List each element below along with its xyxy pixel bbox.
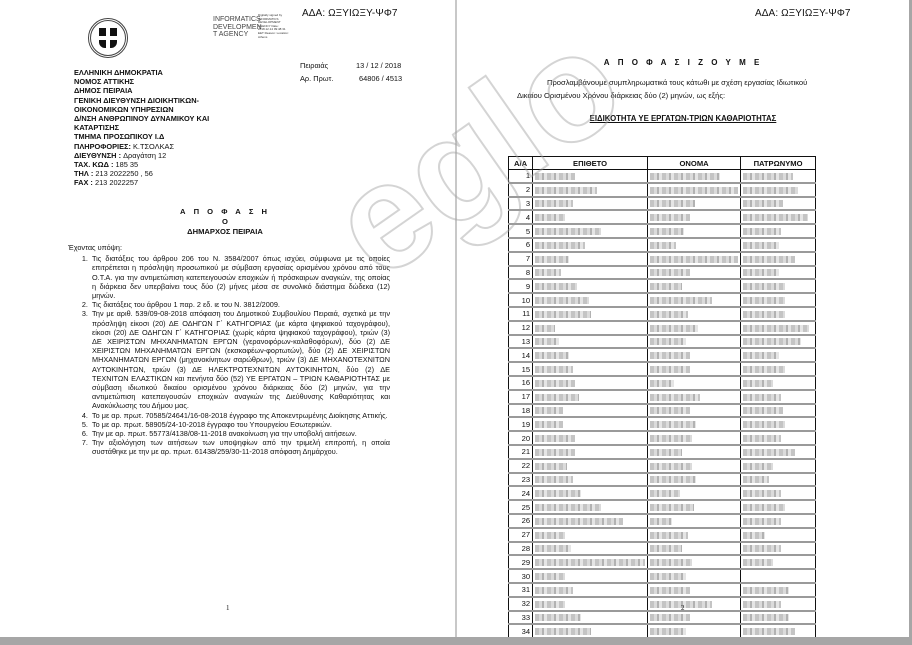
surname-cell [533, 417, 648, 431]
redacted-text [535, 449, 575, 456]
name-cell [648, 321, 741, 335]
row-number: 2 [509, 183, 533, 197]
consideration-item: Τις διατάξεις του άρθρου 1 παρ. 2 εδ. ιε… [90, 300, 390, 309]
contact-label: FAX : [74, 178, 93, 187]
redacted-text [743, 380, 773, 387]
redacted-text [650, 435, 692, 442]
surname-cell [533, 293, 648, 307]
row-number: 14 [509, 348, 533, 362]
father-name-cell [741, 514, 816, 528]
surname-cell [533, 210, 648, 224]
row-number: 34 [509, 624, 533, 637]
table-row: 20 [509, 431, 816, 445]
redacted-text [743, 614, 789, 621]
redacted-text [535, 214, 565, 221]
name-cell [648, 431, 741, 445]
contact-value: Δραγάτση 12 [123, 151, 166, 160]
name-cell [648, 459, 741, 473]
father-name-cell [741, 307, 816, 321]
redacted-text [650, 242, 676, 249]
redacted-text [743, 338, 801, 345]
name-cell [648, 266, 741, 280]
table-row: 33 [509, 611, 816, 625]
redacted-text [535, 587, 573, 594]
redacted-text [743, 352, 779, 359]
contact-value: Κ.ΤΣΟΛΚΑΣ [133, 142, 174, 151]
surname-cell [533, 473, 648, 487]
surname-cell [533, 555, 648, 569]
row-number: 25 [509, 500, 533, 514]
contact-line: FAX : 213 2022257 [74, 178, 209, 187]
redacted-text [743, 587, 789, 594]
redacted-text [743, 283, 785, 290]
surname-cell [533, 514, 648, 528]
redacted-text [743, 532, 765, 539]
header-line: ΕΛΛΗΝΙΚΗ ΔΗΜΟΚΡΑΤΙΑ [74, 68, 209, 77]
father-name-cell [741, 252, 816, 266]
table-row: 11 [509, 307, 816, 321]
table-row: 5 [509, 224, 816, 238]
contact-line: ΤΗΛ : 213 2022250 , 56 [74, 169, 209, 178]
redacted-text [535, 311, 591, 318]
header-line: ΓΕΝΙΚΗ ΔΙΕΥΘΥΝΣΗ ΔΙΟΙΚΗΤΙΚΩΝ- [74, 96, 209, 105]
table-row: 17 [509, 390, 816, 404]
table-row: 3 [509, 197, 816, 211]
name-cell [648, 597, 741, 611]
name-cell [648, 624, 741, 637]
redacted-text [743, 311, 785, 318]
father-name-cell [741, 459, 816, 473]
surname-cell [533, 624, 648, 637]
name-cell [648, 417, 741, 431]
redacted-text [743, 325, 809, 332]
redacted-text [650, 338, 686, 345]
surname-cell [533, 224, 648, 238]
redacted-text [535, 269, 561, 276]
name-cell [648, 238, 741, 252]
redacted-text [743, 559, 773, 566]
surname-cell [533, 597, 648, 611]
row-number: 24 [509, 486, 533, 500]
digital-signature-details: Digitally signed by INFORMATICS DEVELOPM… [258, 14, 292, 39]
table-row: 21 [509, 445, 816, 459]
coat-of-arms-icon [88, 18, 128, 58]
redacted-text [743, 242, 779, 249]
redacted-text [650, 366, 690, 373]
consideration-item: Την αξιολόγηση των αιτήσεων των υποψηφίω… [90, 438, 390, 456]
name-cell [648, 252, 741, 266]
table-row: 13 [509, 335, 816, 349]
table-row: 27 [509, 528, 816, 542]
redacted-text [535, 394, 579, 401]
table-row: 22 [509, 459, 816, 473]
redacted-text [650, 504, 694, 511]
name-cell [648, 611, 741, 625]
table-row: 4 [509, 210, 816, 224]
decide-title: Α Π Ο Φ Α Σ Ι Ζ Ο Υ Μ Ε [457, 58, 909, 67]
redacted-text [743, 601, 781, 608]
name-cell [648, 224, 741, 238]
table-row: 9 [509, 279, 816, 293]
father-name-cell [741, 528, 816, 542]
redacted-text [535, 435, 575, 442]
table-row: 19 [509, 417, 816, 431]
redacted-text [535, 352, 569, 359]
surname-cell [533, 611, 648, 625]
father-name-cell [741, 445, 816, 459]
table-row: 8 [509, 266, 816, 280]
redacted-text [650, 532, 688, 539]
redacted-text [743, 200, 783, 207]
redacted-text [535, 490, 581, 497]
father-name-cell [741, 473, 816, 487]
redacted-text [743, 435, 781, 442]
contact-value: 185 35 [116, 160, 139, 169]
surname-cell [533, 170, 648, 183]
father-name-cell [741, 569, 816, 583]
redacted-text [535, 628, 591, 635]
row-number: 8 [509, 266, 533, 280]
protocol-label: Αρ. Πρωτ. [300, 73, 333, 86]
col-header-name: ΟΝΟΜΑ [648, 157, 741, 170]
redacted-text [535, 601, 565, 608]
table-row: 16 [509, 376, 816, 390]
redacted-text [650, 476, 696, 483]
table-row: 28 [509, 542, 816, 556]
surname-cell [533, 583, 648, 597]
ada-code: ΑΔΑ: ΩΞΥΙΩΞΥ-ΨΦ7 [755, 8, 851, 19]
surname-cell [533, 362, 648, 376]
redacted-text [650, 394, 700, 401]
contact-line: ΔΙΕΥΘΥΝΣΗ : Δραγάτση 12 [74, 151, 209, 160]
redacted-text [743, 449, 795, 456]
name-cell [648, 279, 741, 293]
contact-label: ΠΛΗΡΟΦΟΡΙΕΣ: [74, 142, 131, 151]
decision-title: Α Π Ο Φ Α Σ Η Ο ΔΗΜΑΡΧΟΣ ΠΕΙΡΑΙΑ [60, 207, 390, 237]
name-cell [648, 335, 741, 349]
redacted-text [535, 476, 573, 483]
contact-label: ΔΙΕΥΘΥΝΣΗ : [74, 151, 121, 160]
table-row: 29 [509, 555, 816, 569]
row-number: 3 [509, 197, 533, 211]
considerations-list: Τις διατάξεις του άρθρου 206 του Ν. 3584… [68, 254, 390, 456]
father-name-cell [741, 183, 816, 197]
father-name-cell [741, 486, 816, 500]
father-name-cell [741, 597, 816, 611]
father-name-cell [741, 431, 816, 445]
redacted-text [535, 325, 555, 332]
name-cell [648, 307, 741, 321]
row-number: 29 [509, 555, 533, 569]
redacted-text [650, 573, 686, 580]
name-cell [648, 404, 741, 418]
redacted-text [535, 200, 573, 207]
redacted-text [743, 490, 781, 497]
hires-table: Α/Α ΕΠΙΘΕΤΟ ΟΝΟΜΑ ΠΑΤΡΩΝΥΜΟ 123456789101… [508, 156, 816, 637]
redacted-text [650, 256, 738, 263]
redacted-text [535, 242, 585, 249]
redacted-text [743, 394, 781, 401]
name-cell [648, 555, 741, 569]
row-number: 13 [509, 335, 533, 349]
row-number: 23 [509, 473, 533, 487]
surname-cell [533, 335, 648, 349]
name-cell [648, 170, 741, 183]
contact-label: ΤΗΛ : [74, 169, 93, 178]
header-line: Δ/ΝΣΗ ΑΝΘΡΩΠΙΝΟΥ ΔΥΝΑΜΙΚΟΥ ΚΑΙ [74, 114, 209, 123]
row-number: 16 [509, 376, 533, 390]
consideration-item: Το με αρ. πρωτ. 70585/24641/16-08-2018 έ… [90, 411, 390, 420]
name-cell [648, 197, 741, 211]
row-number: 26 [509, 514, 533, 528]
father-name-cell [741, 362, 816, 376]
redacted-text [743, 421, 785, 428]
table-row: 14 [509, 348, 816, 362]
redacted-text [650, 187, 738, 194]
consideration-item: Το με αρ. πρωτ. 58905/24-10-2018 έγγραφο… [90, 420, 390, 429]
redacted-text [650, 297, 712, 304]
row-number: 12 [509, 321, 533, 335]
redacted-text [535, 173, 575, 180]
redacted-text [535, 573, 565, 580]
row-number: 4 [509, 210, 533, 224]
surname-cell [533, 431, 648, 445]
redacted-text [650, 407, 690, 414]
table-row: 25 [509, 500, 816, 514]
redacted-text [743, 628, 795, 635]
name-cell [648, 473, 741, 487]
father-name-cell [741, 293, 816, 307]
redacted-text [743, 504, 785, 511]
redacted-text [650, 283, 682, 290]
redacted-text [650, 352, 690, 359]
surname-cell [533, 321, 648, 335]
redacted-text [743, 256, 795, 263]
table-row: 30 [509, 569, 816, 583]
col-header-number: Α/Α [509, 157, 533, 170]
redacted-text [743, 463, 773, 470]
surname-cell [533, 459, 648, 473]
table-row: 7 [509, 252, 816, 266]
father-name-cell [741, 390, 816, 404]
surname-cell [533, 500, 648, 514]
consideration-item: Την με αριθ. 539/09-08-2018 απόφαση του … [90, 309, 390, 410]
name-cell [648, 293, 741, 307]
redacted-text [535, 421, 563, 428]
table-row: 24 [509, 486, 816, 500]
table-row: 31 [509, 583, 816, 597]
redacted-text [650, 614, 690, 621]
surname-cell [533, 376, 648, 390]
row-number: 22 [509, 459, 533, 473]
redacted-text [650, 380, 674, 387]
name-cell [648, 569, 741, 583]
redacted-text [650, 463, 692, 470]
redacted-text [743, 297, 785, 304]
father-name-cell [741, 542, 816, 556]
redacted-text [535, 518, 623, 525]
surname-cell [533, 486, 648, 500]
father-name-cell [741, 555, 816, 569]
row-number: 9 [509, 279, 533, 293]
col-header-father: ΠΑΤΡΩΝΥΜΟ [741, 157, 816, 170]
redacted-text [535, 532, 565, 539]
contact-line: ΠΛΗΡΟΦΟΡΙΕΣ: Κ.ΤΣΟΛΚΑΣ [74, 142, 209, 151]
signature-agency: INFORMATICS DEVELOPMEN T AGENCY [213, 16, 255, 39]
table-row: 12 [509, 321, 816, 335]
table-row: 1 [509, 170, 816, 183]
contact-value: 213 2022257 [95, 178, 138, 187]
father-name-cell [741, 624, 816, 637]
redacted-text [650, 269, 690, 276]
name-cell [648, 348, 741, 362]
name-cell [648, 390, 741, 404]
document-page-1: INFORMATICS DEVELOPMEN T AGENCY Digitall… [0, 0, 455, 637]
table-row: 23 [509, 473, 816, 487]
redacted-text [535, 283, 577, 290]
surname-cell [533, 569, 648, 583]
page-number: 1 [226, 604, 230, 612]
surname-cell [533, 404, 648, 418]
name-cell [648, 183, 741, 197]
page-number: 2 [681, 604, 685, 612]
contact-value: 213 2022250 , 56 [95, 169, 153, 178]
row-number: 19 [509, 417, 533, 431]
ada-code: ΑΔΑ: ΩΞΥΙΩΞΥ-ΨΦ7 [302, 8, 398, 19]
row-number: 33 [509, 611, 533, 625]
header-line: ΤΜΗΜΑ ΠΡΟΣΩΠΙΚΟΥ Ι.Δ [74, 132, 209, 141]
redacted-text [650, 490, 680, 497]
name-cell [648, 376, 741, 390]
row-number: 28 [509, 542, 533, 556]
redacted-text [535, 504, 601, 511]
contact-label: ΤΑΧ. ΚΩΔ : [74, 160, 113, 169]
father-name-cell [741, 376, 816, 390]
redacted-text [535, 228, 601, 235]
surname-cell [533, 307, 648, 321]
redacted-text [535, 380, 575, 387]
name-cell [648, 486, 741, 500]
name-cell [648, 445, 741, 459]
header-line: ΟΙΚΟΝΟΜΙΚΩΝ ΥΠΗΡΕΣΙΩΝ [74, 105, 209, 114]
document-date: 13 / 12 / 2018 [356, 60, 401, 73]
considerations: Έχοντας υπόψη: Τις διατάξεις του άρθρου … [68, 243, 390, 457]
redacted-text [743, 173, 793, 180]
redacted-text [650, 200, 695, 207]
father-name-cell [741, 210, 816, 224]
considering-label: Έχοντας υπόψη: [68, 243, 390, 252]
name-cell [648, 528, 741, 542]
father-name-cell [741, 417, 816, 431]
father-name-cell [741, 500, 816, 514]
father-name-cell [741, 224, 816, 238]
header-line: ΝΟΜΟΣ ΑΤΤΙΚΗΣ [74, 77, 209, 86]
father-name-cell [741, 321, 816, 335]
father-name-cell [741, 170, 816, 183]
redacted-text [743, 366, 785, 373]
redacted-text [535, 559, 645, 566]
table-row: 18 [509, 404, 816, 418]
row-number: 5 [509, 224, 533, 238]
surname-cell [533, 252, 648, 266]
surname-cell [533, 390, 648, 404]
surname-cell [533, 445, 648, 459]
name-cell [648, 210, 741, 224]
header-line: ΔΗΜΟΣ ΠΕΙΡΑΙΑ [74, 86, 209, 95]
father-name-cell [741, 279, 816, 293]
col-header-surname: ΕΠΙΘΕΤΟ [533, 157, 648, 170]
surname-cell [533, 542, 648, 556]
father-name-cell [741, 197, 816, 211]
redacted-text [650, 449, 682, 456]
redacted-text [535, 545, 571, 552]
table-row: 10 [509, 293, 816, 307]
header-line: ΚΑΤΑΡΤΙΣΗΣ [74, 123, 209, 132]
document-page-2: ΑΔΑ: ΩΞΥΙΩΞΥ-ΨΦ7 Α Π Ο Φ Α Σ Ι Ζ Ο Υ Μ Ε… [457, 0, 909, 637]
father-name-cell [741, 583, 816, 597]
redacted-text [743, 187, 798, 194]
name-cell [648, 500, 741, 514]
redacted-text [650, 173, 720, 180]
redacted-text [650, 587, 690, 594]
redacted-text [743, 269, 779, 276]
row-number: 1 [509, 170, 533, 183]
redacted-text [743, 518, 781, 525]
row-number: 21 [509, 445, 533, 459]
issuer-header: ΕΛΛΗΝΙΚΗ ΔΗΜΟΚΡΑΤΙΑΝΟΜΟΣ ΑΤΤΙΚΗΣΔΗΜΟΣ ΠΕ… [74, 68, 209, 188]
row-number: 32 [509, 597, 533, 611]
redacted-text [535, 187, 597, 194]
surname-cell [533, 197, 648, 211]
consideration-item: Την με αρ. πρωτ. 55773/4138/08-11-2018 α… [90, 429, 390, 438]
row-number: 20 [509, 431, 533, 445]
father-name-cell [741, 238, 816, 252]
father-name-cell [741, 266, 816, 280]
row-number: 10 [509, 293, 533, 307]
redacted-text [650, 228, 684, 235]
redacted-text [535, 366, 573, 373]
redacted-text [650, 559, 692, 566]
row-number: 30 [509, 569, 533, 583]
redacted-text [743, 407, 783, 414]
specialty-heading: ΕΙΔΙΚΟΤΗΤΑ ΥΕ ΕΡΓΑΤΩΝ-ΤΡΙΩΝ ΚΑΘΑΡΙΟΤΗΤΑΣ [457, 114, 909, 123]
redacted-text [535, 297, 589, 304]
surname-cell [533, 528, 648, 542]
father-name-cell [741, 611, 816, 625]
redacted-text [535, 407, 563, 414]
redacted-text [743, 545, 781, 552]
intro-paragraph: Προσλαμβάνουμε συμπληρωματικά τους κάτωθ… [517, 76, 857, 102]
row-number: 7 [509, 252, 533, 266]
name-cell [648, 514, 741, 528]
name-cell [648, 362, 741, 376]
surname-cell [533, 238, 648, 252]
row-number: 15 [509, 362, 533, 376]
father-name-cell [741, 404, 816, 418]
redacted-text [535, 256, 569, 263]
redacted-text [535, 614, 581, 621]
row-number: 11 [509, 307, 533, 321]
surname-cell [533, 348, 648, 362]
redacted-text [743, 228, 781, 235]
redacted-text [535, 338, 559, 345]
redacted-text [650, 545, 682, 552]
name-cell [648, 542, 741, 556]
protocol-number: 64806 / 4513 [359, 73, 402, 86]
table-row: 2 [509, 183, 816, 197]
name-cell [648, 583, 741, 597]
redacted-text [743, 476, 769, 483]
